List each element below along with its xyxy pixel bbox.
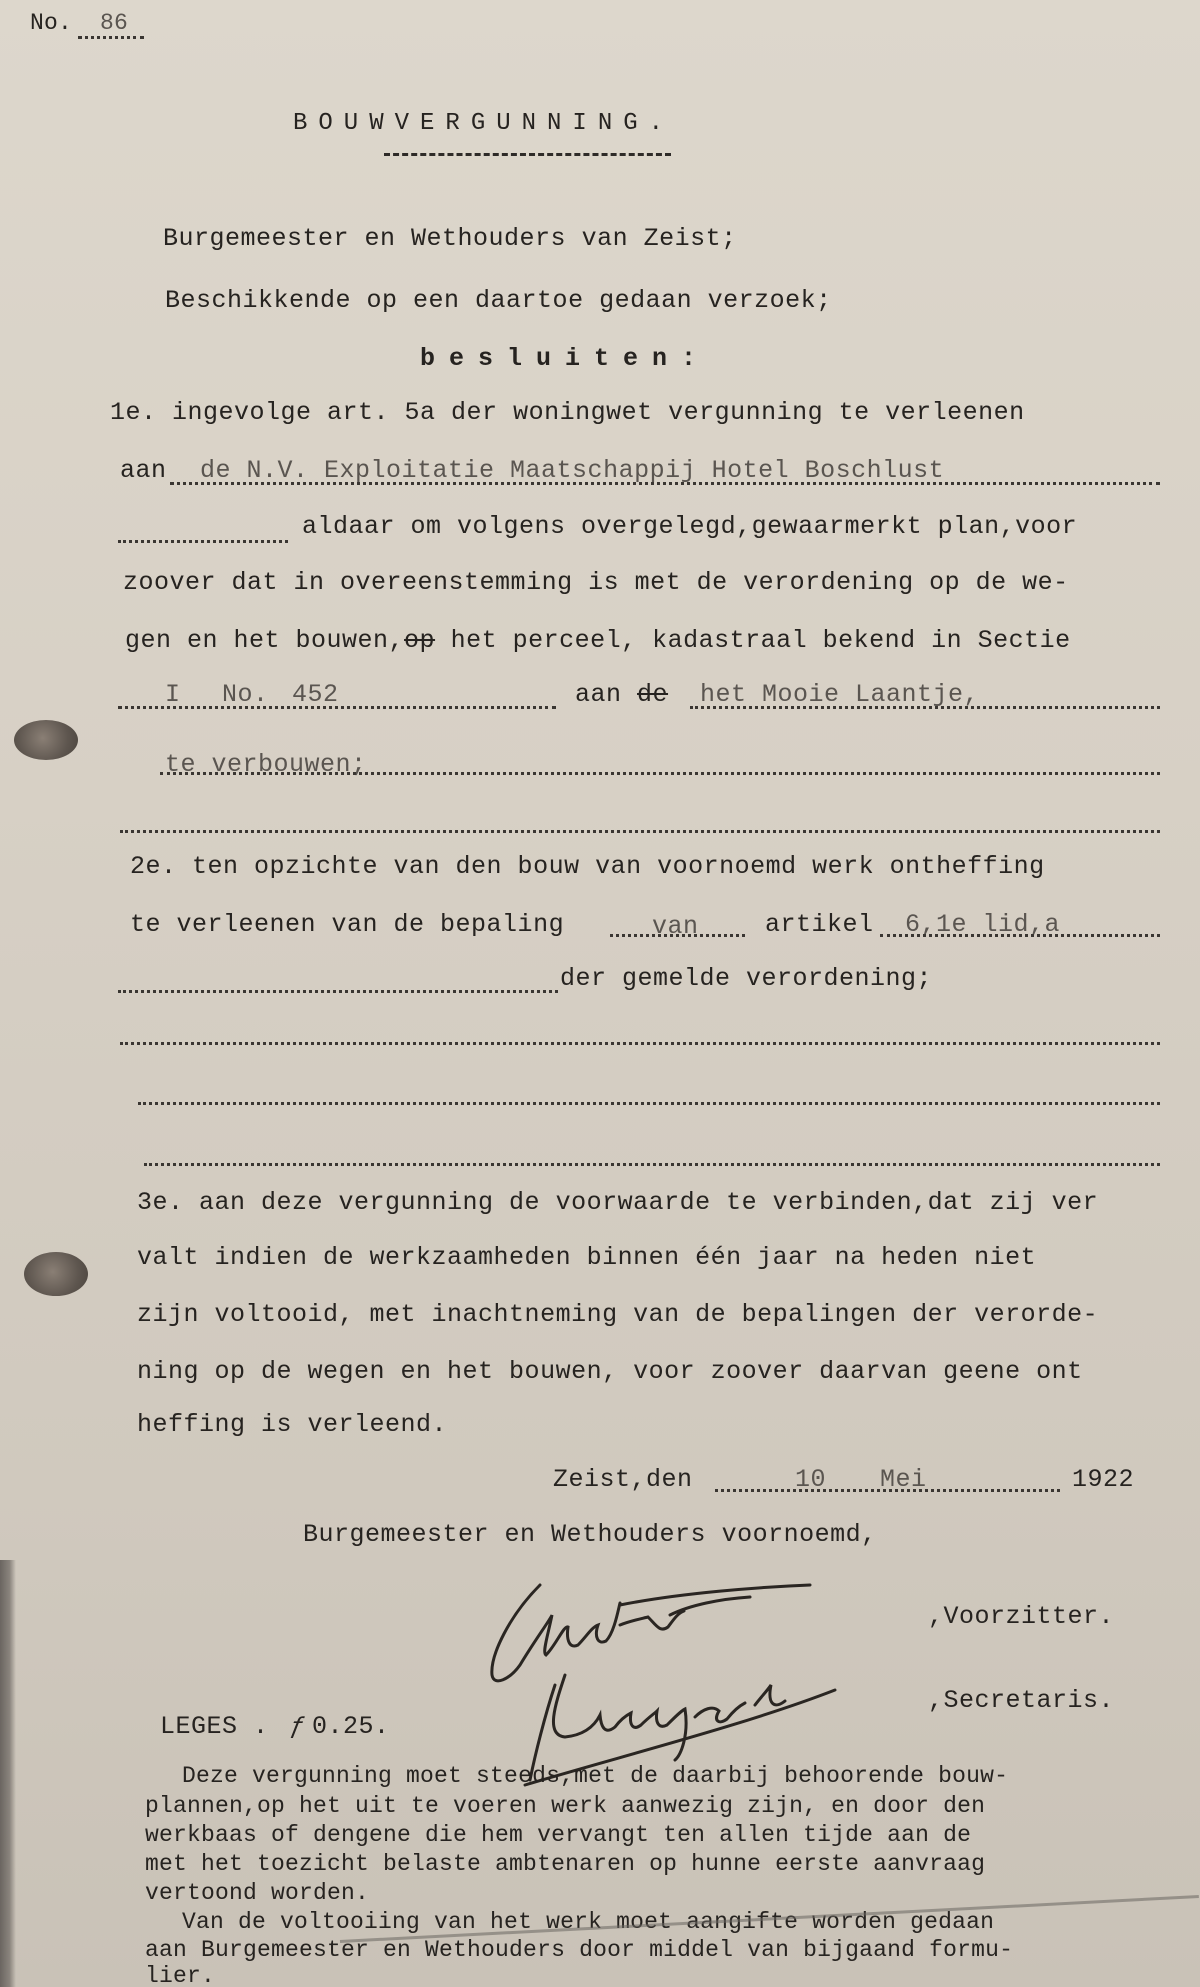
clause3-line1: 3e. aan deze vergunning de voorwaarde te…: [137, 1188, 1098, 1217]
preamble-line: Beschikkende op een daartoe gedaan verzo…: [165, 286, 832, 315]
street-name: het Mooie Laantje,: [700, 680, 979, 709]
clause1-line5: gen en het bouwen,op het perceel, kadast…: [125, 626, 1071, 655]
clause3-line3: zijn voltooid, met inachtneming van de b…: [137, 1300, 1098, 1329]
clause3-line2: valt indien de werkzaamheden binnen één …: [137, 1243, 1036, 1272]
title-underline: [384, 153, 671, 156]
fill-line: [170, 482, 1160, 485]
document-number-value: 86: [100, 10, 128, 36]
fill-line: [120, 830, 1160, 833]
fill-line: [715, 1489, 1060, 1492]
place-prefix: Zeist,den: [553, 1465, 693, 1494]
fill-line: [880, 934, 1160, 937]
authority-line: Burgemeester en Wethouders van Zeist;: [163, 224, 737, 253]
document-number-label: No.: [30, 10, 72, 36]
footer-para1-line4: met het toezicht belaste ambtenaren op h…: [145, 1851, 985, 1877]
struck-word: de: [637, 680, 668, 709]
fill-line: [690, 706, 1160, 709]
clause1-line1: 1e. ingevolge art. 5a der woningwet verg…: [110, 398, 1025, 427]
fill-line: [78, 36, 144, 39]
document-page: No. 86 BOUWVERGUNNING. Burgemeester en W…: [0, 0, 1200, 1987]
applicant-name: de N.V. Exploitatie Maatschappij Hotel B…: [200, 456, 944, 485]
fill-line: [138, 1102, 1160, 1105]
punch-hole-icon: [24, 1252, 88, 1296]
clause3-line5: heffing is verleend.: [137, 1410, 447, 1439]
fill-line: [118, 990, 558, 993]
clause1-line3: aldaar om volgens overgelegd,gewaarmerkt…: [302, 512, 1077, 541]
clause2-line2: te verleenen van de bepaling: [130, 910, 564, 939]
cadastral-number: 452: [292, 680, 339, 709]
clause1-aan: aan: [120, 456, 167, 485]
footer-para1-line5: vertoond worden.: [145, 1880, 369, 1906]
secretary-role: ,Secretaris.: [928, 1686, 1114, 1715]
leges-label: LEGES .: [160, 1712, 269, 1741]
date-year: 1922: [1072, 1465, 1134, 1494]
punch-hole-icon: [14, 720, 78, 760]
clause1-aan-de: aan de: [575, 680, 668, 709]
fill-line: [118, 706, 556, 709]
fill-line: [120, 1042, 1160, 1045]
clause1-line4: zoover dat in overeenstemming is met de …: [123, 568, 1069, 597]
leges-currency: ƒ: [290, 1712, 306, 1741]
decision-heading: besluiten:: [420, 344, 710, 373]
torn-edge: [0, 1560, 16, 1987]
clause3-line4: ning op de wegen en het bouwen, voor zoo…: [137, 1357, 1083, 1386]
clause2-line1: 2e. ten opzichte van den bouw van voorno…: [130, 852, 1045, 881]
footer-para1-line1: Deze vergunning moet steeds,met de daarb…: [126, 1763, 1008, 1789]
footer-para1-line2: plannen,op het uit te voeren werk aanwez…: [145, 1793, 985, 1819]
clause2-line3: der gemelde verordening;: [560, 964, 932, 993]
footer-para1-line3: werkbaas of dengene die hem vervangt ten…: [145, 1822, 971, 1848]
struck-word: op: [404, 626, 435, 655]
fill-line: [610, 934, 745, 937]
line5-b: het perceel, kadastraal bekend in Sectie: [435, 626, 1071, 655]
fill-line: [160, 772, 1160, 775]
footer-para2-line3: lier.: [145, 1963, 215, 1987]
cadastral-section: I: [165, 680, 181, 709]
fill-line: [118, 540, 288, 543]
signatories-heading: Burgemeester en Wethouders voornoemd,: [303, 1520, 877, 1549]
line5-a: gen en het bouwen,: [125, 626, 404, 655]
chair-role: ,Voorzitter.: [928, 1602, 1114, 1631]
aan-word: aan: [575, 680, 622, 709]
cadastral-no-label: No.: [222, 680, 269, 709]
document-title: BOUWVERGUNNING.: [293, 110, 674, 137]
artikel-label: artikel: [765, 910, 874, 939]
leges-amount: 0.25.: [312, 1712, 390, 1741]
footer-para2-line2: aan Burgemeester en Wethouders door midd…: [145, 1937, 1013, 1963]
fill-line: [144, 1163, 1160, 1166]
